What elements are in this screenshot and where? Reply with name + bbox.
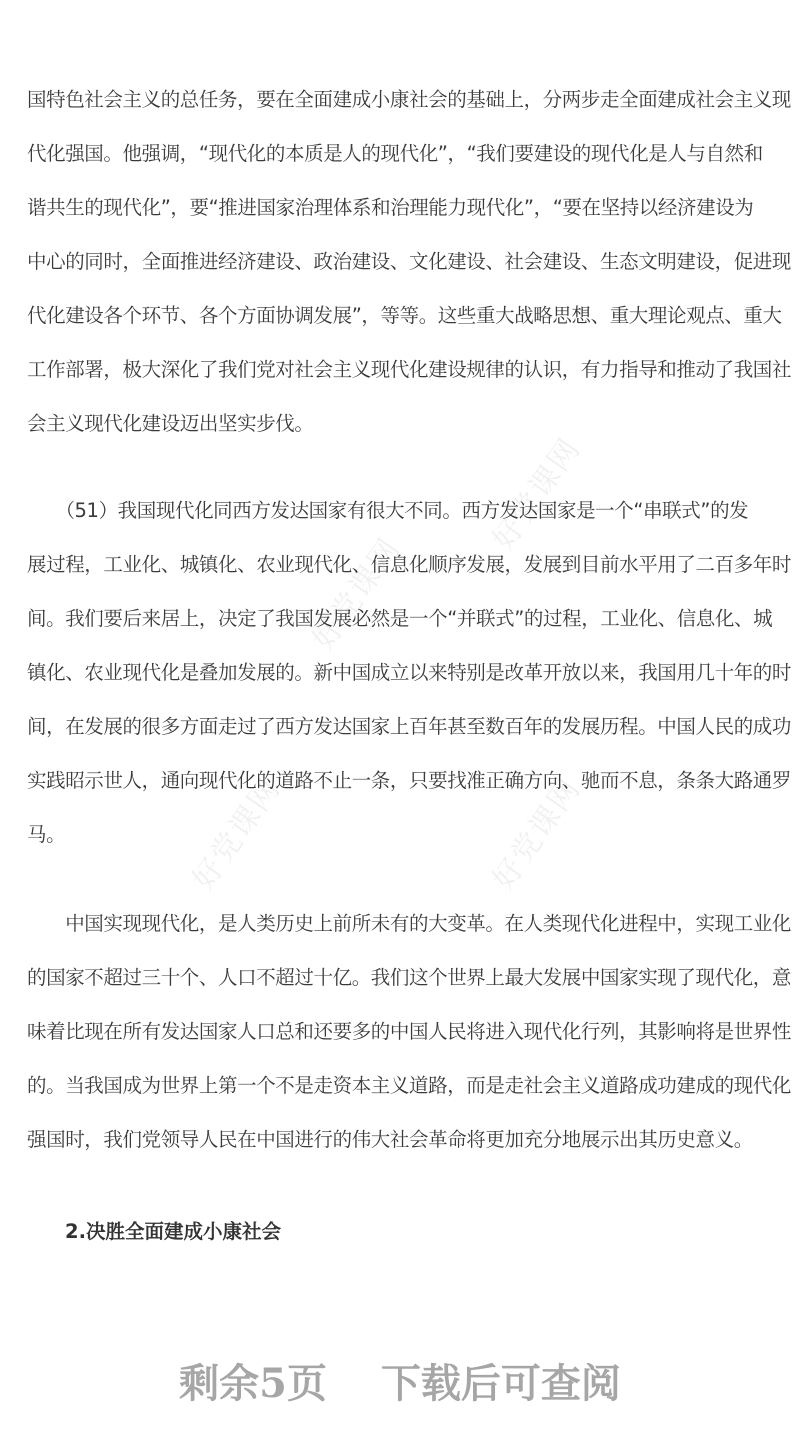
text-line: 实践昭示世人，通向现代化的道路不止一条，只要找准正确方向、驰而不息，条条大路通罗	[27, 769, 775, 793]
text-line: 的国家不超过三十个、人口不超过十亿。我们这个世界上最大发展中国家实现了现代化，意	[27, 966, 775, 990]
text-line: 的。当我国成为世界上第一个不是走资本主义道路，而是走社会主义道路成功建成的现代化	[27, 1074, 775, 1098]
text-line: 工作部署，极大深化了我们党对社会主义现代化建设规律的认识，有力指导和推动了我国社	[27, 358, 775, 382]
remaining-pages-label: 剩余5页	[179, 1360, 327, 1407]
text-line: 味着比现在所有发达国家人口总和还要多的中国人民将进入现代化行列，其影响将是世界性	[27, 1020, 775, 1044]
text-line: 间，在发展的很多方面走过了西方发达国家上百年甚至数百年的发展历程。中国人民的成功	[27, 715, 775, 739]
section-heading: 2.决胜全面建成小康社会	[65, 1216, 281, 1244]
text-line: 间。我们要后来居上，决定了我国发展必然是一个“并联式”的过程，工业化、信息化、城	[27, 607, 775, 631]
watermark-text: 好党课网	[299, 527, 408, 657]
text-line: 强国时，我们党领导人民在中国进行的伟大社会革命将更加充分地展示出其历史意义。	[27, 1128, 775, 1152]
text-line: （51）我国现代化同西方发达国家有很大不同。西方发达国家是一个“串联式”的发	[27, 499, 775, 523]
text-line: 代化强国。他强调，“现代化的本质是人的现代化”，“我们要建设的现代化是人与自然和	[27, 142, 775, 166]
text-line: 代化建设各个环节、各个方面协调发展”，等等。这些重大战略思想、重大理论观点、重大	[27, 304, 775, 328]
text-line: 谐共生的现代化”，要“推进国家治理体系和治理能力现代化”，“要在坚持以经济建设为	[27, 196, 775, 220]
text-line: 镇化、农业现代化是叠加发展的。新中国成立以来特别是改革开放以来，我国用几十年的时	[27, 661, 775, 685]
watermark-text: 好党课网	[479, 427, 588, 557]
document-page: 国特色社会主义的总任务，要在全面建成小康社会的基础上，分两步走全面建成社会主义现…	[0, 0, 800, 1451]
text-line: 马。	[27, 823, 775, 847]
text-line: 中国实现现代化，是人类历史上前所未有的大变革。在人类现代化进程中，实现工业化	[27, 912, 775, 936]
download-prompt[interactable]: 剩余5页 下载后可查阅	[0, 1352, 800, 1409]
text-line: 国特色社会主义的总任务，要在全面建成小康社会的基础上，分两步走全面建成社会主义现	[27, 88, 775, 112]
text-line: 会主义现代化建设迈出坚实步伐。	[27, 412, 775, 436]
download-to-view-label[interactable]: 下载后可查阅	[381, 1360, 621, 1407]
text-line: 中心的同时，全面推进经济建设、政治建设、文化建设、社会建设、生态文明建设，促进现	[27, 250, 775, 274]
